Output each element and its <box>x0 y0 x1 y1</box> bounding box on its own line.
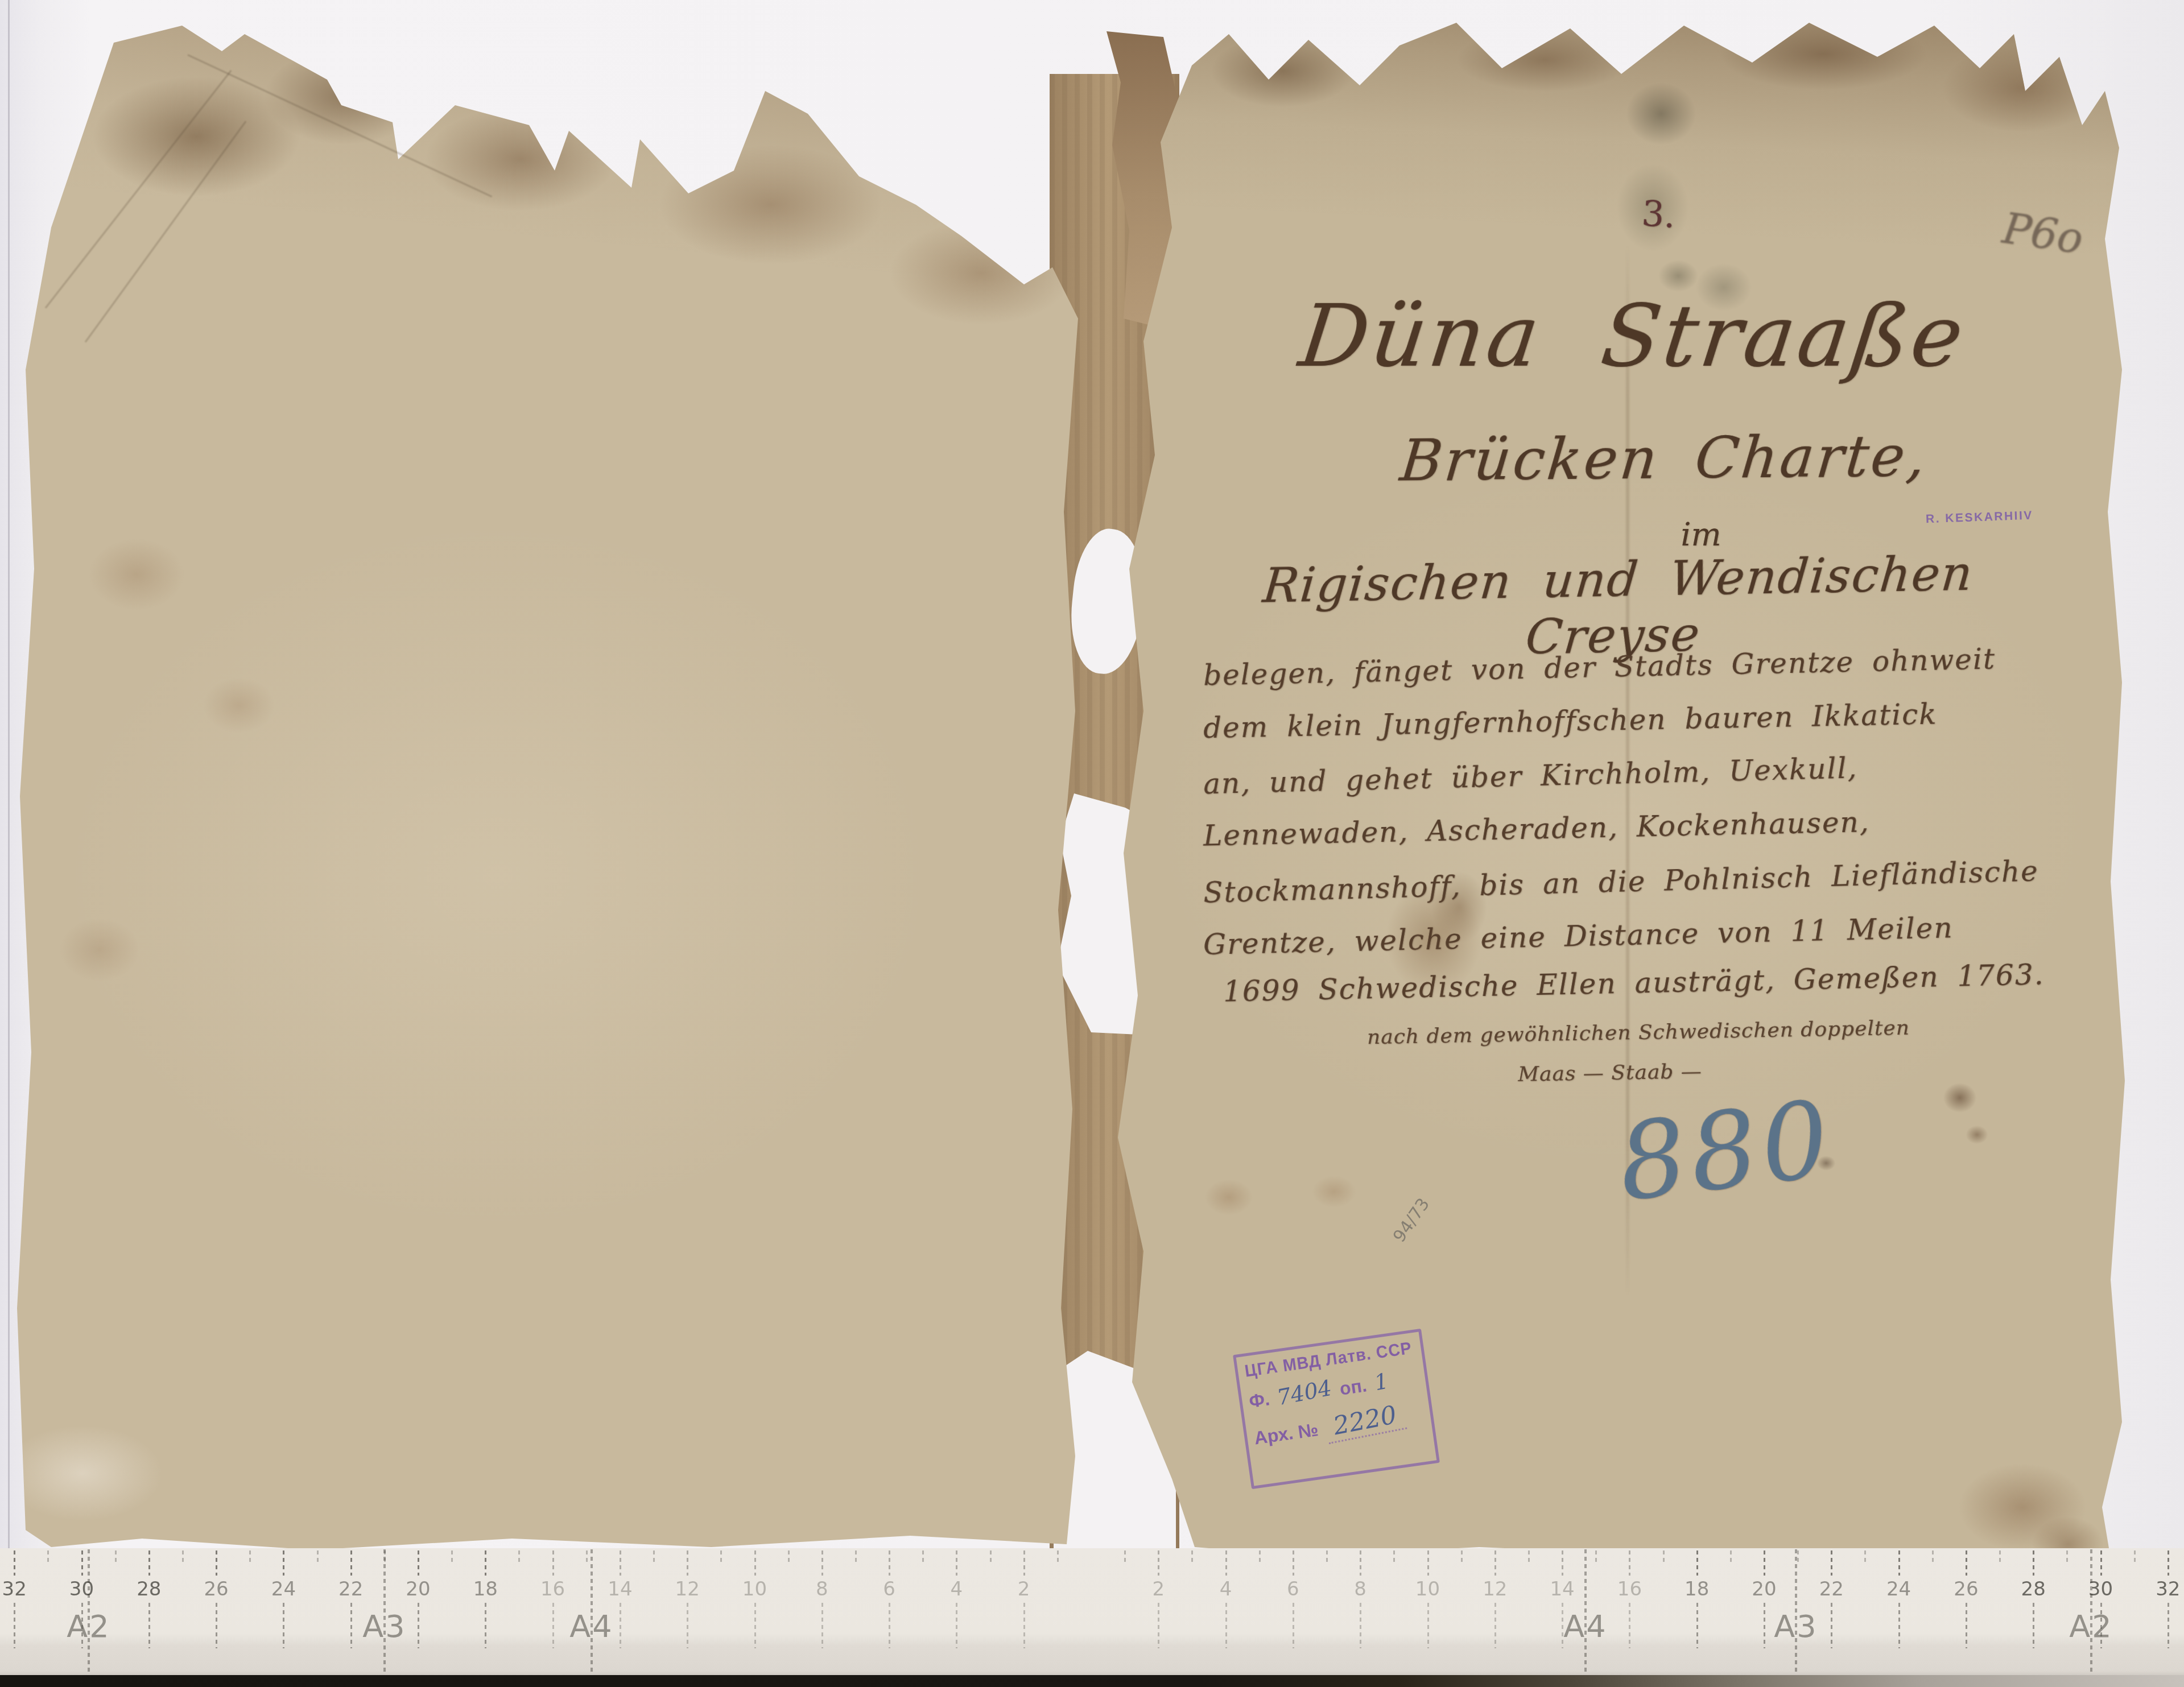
opis-value: 1 <box>1372 1368 1390 1396</box>
ruler-minor-tick <box>47 1550 49 1565</box>
ruler-tick <box>1427 1550 1429 1576</box>
ruler-minor-tick <box>1461 1550 1463 1565</box>
page-number: 3. <box>1641 192 1677 236</box>
ruler-tick <box>350 1550 352 1576</box>
ruler-minor-tick <box>2134 1550 2136 1565</box>
ruler-number: 28 <box>2016 1578 2050 1601</box>
ruler-number: 32 <box>0 1578 31 1601</box>
ruler-minor-tick <box>1057 1550 1059 1565</box>
title-line-2: Brücken Charte, <box>1305 423 2023 495</box>
ruler-minor-tick <box>1663 1550 1665 1565</box>
ruler-tick <box>821 1603 823 1648</box>
ruler-tick <box>754 1550 756 1576</box>
arh-label: Арх. № <box>1253 1419 1320 1449</box>
ruler-minor-tick <box>249 1550 251 1565</box>
ruler-tick <box>148 1550 150 1576</box>
opis-label: оп. <box>1339 1375 1368 1399</box>
ruler-tick <box>1696 1550 1698 1576</box>
ruler-tick <box>889 1550 890 1576</box>
ruler-tick <box>1225 1603 1227 1648</box>
ruler-tick <box>81 1550 83 1576</box>
ruler-tick <box>956 1550 957 1576</box>
ruler-minor-tick <box>1326 1550 1328 1565</box>
ruler-number: 18 <box>468 1578 502 1601</box>
ruler-number: 32 <box>2151 1578 2184 1601</box>
ruler-tick <box>14 1603 15 1648</box>
ruler-tick <box>1494 1550 1496 1576</box>
arh-value: 2220 <box>1323 1399 1407 1444</box>
ruler-minor-tick <box>1797 1550 1799 1565</box>
ruler-minor-tick <box>115 1550 117 1565</box>
ruler-tick <box>485 1603 486 1648</box>
scanner-edge-line <box>8 0 10 1687</box>
left-page-blank <box>14 23 1081 1556</box>
ruler-tick <box>1494 1603 1496 1648</box>
ruler-tick <box>148 1603 150 1648</box>
ruler-tick <box>485 1550 486 1576</box>
ruler-number: 4 <box>1209 1578 1243 1601</box>
ruler-minor-tick <box>720 1550 722 1565</box>
ruler-number: 2 <box>1007 1578 1041 1601</box>
ruler-minor-tick <box>451 1550 453 1565</box>
blue-pencil-number: 880 <box>1612 1077 1840 1225</box>
ruler-number: 12 <box>670 1578 704 1601</box>
ruler-number: 16 <box>536 1578 570 1601</box>
ruler-tick <box>1696 1603 1698 1648</box>
ruler-minor-tick <box>653 1550 655 1565</box>
ruler-number: 20 <box>1747 1578 1781 1601</box>
ruler-minor-tick <box>1730 1550 1732 1565</box>
ruler-minor-tick <box>518 1550 520 1565</box>
ruler-minor-tick <box>1124 1550 1126 1565</box>
ruler-tick <box>1023 1550 1025 1576</box>
ruler-number: 10 <box>738 1578 772 1601</box>
ruler-minor-tick <box>1595 1550 1597 1565</box>
ruler-tick <box>821 1550 823 1576</box>
ruler-tick <box>1562 1550 1563 1576</box>
ruler-tick <box>1360 1603 1361 1648</box>
ruler-tick <box>620 1550 621 1576</box>
ruler-tick <box>956 1603 957 1648</box>
fond-value: 7404 <box>1275 1375 1333 1411</box>
ruler-tick <box>1898 1550 1900 1576</box>
ruler-number: 28 <box>132 1578 166 1601</box>
ruler-tick <box>2033 1603 2034 1648</box>
ruler-minor-tick <box>2066 1550 2068 1565</box>
fond-label: Ф. <box>1248 1388 1271 1412</box>
ruler-number: 4 <box>939 1578 973 1601</box>
ruler-minor-tick <box>922 1550 924 1565</box>
ruler-tick <box>1427 1603 1429 1648</box>
document-scan: 3. P6o Düna Straaße Brücken Charte, im R… <box>0 0 2184 1687</box>
ruler-minor-tick <box>1932 1550 1934 1565</box>
ruler-tick <box>754 1603 756 1648</box>
ruler-minor-tick <box>182 1550 184 1565</box>
ruler-number: 30 <box>65 1578 99 1601</box>
ruler-tick <box>552 1603 554 1648</box>
ruler-number: 24 <box>1882 1578 1916 1601</box>
ruler-tick <box>283 1603 284 1648</box>
ruler-tick <box>216 1550 217 1576</box>
ruler-number: 14 <box>603 1578 637 1601</box>
ruler-number: 26 <box>1949 1578 1983 1601</box>
ruler-tick <box>2033 1550 2034 1576</box>
ruler-tick <box>1764 1550 1765 1576</box>
ruler-tick <box>1158 1603 1159 1648</box>
ruler-tick <box>1966 1550 1967 1576</box>
ruler-tick <box>1898 1603 1900 1648</box>
ruler-minor-tick <box>1528 1550 1530 1565</box>
ruler-tick <box>687 1550 688 1576</box>
fold-mark-line <box>1584 1549 1587 1673</box>
ruler-number: 12 <box>1478 1578 1512 1601</box>
ruler-number: 20 <box>401 1578 435 1601</box>
ruler-tick <box>1023 1603 1025 1648</box>
ruler-number: 8 <box>1343 1578 1377 1601</box>
ruler-tick <box>1966 1603 1967 1648</box>
title-line-1: Düna Straaße <box>1228 287 2037 386</box>
ruler-tick <box>1293 1550 1294 1576</box>
ruler-minor-tick <box>1999 1550 2001 1565</box>
ruler-tick <box>283 1550 284 1576</box>
ruler-minor-tick <box>1864 1550 1866 1565</box>
ruler-minor-tick <box>788 1550 790 1565</box>
ruler-number: 22 <box>334 1578 368 1601</box>
ruler-minor-tick <box>1259 1550 1261 1565</box>
subtitle-im: im <box>1638 516 1764 553</box>
ruler-tick <box>1629 1550 1630 1576</box>
fold-mark-line <box>383 1549 386 1673</box>
ruler-tick <box>2100 1550 2102 1576</box>
ruler-number: 14 <box>1545 1578 1579 1601</box>
ruler-tick <box>2168 1603 2169 1648</box>
ruler-minor-tick <box>586 1550 588 1565</box>
ruler-number: 26 <box>199 1578 233 1601</box>
ruler-tick <box>2168 1550 2169 1576</box>
ruler-minor-tick <box>317 1550 319 1565</box>
ruler-tick <box>687 1603 688 1648</box>
ruler-number: 6 <box>872 1578 906 1601</box>
fold-mark-line <box>2090 1549 2092 1673</box>
ruler-tick <box>216 1603 217 1648</box>
ruler-minor-tick <box>1393 1550 1395 1565</box>
ruler-tick <box>1158 1550 1159 1576</box>
ruler-number: 24 <box>266 1578 300 1601</box>
ruler-tick <box>1360 1550 1361 1576</box>
ruler-number: 22 <box>1814 1578 1848 1601</box>
ruler-number: 18 <box>1680 1578 1714 1601</box>
ruler: 3230282624222018161412108642246810121416… <box>0 1548 2184 1687</box>
ruler-minor-tick <box>990 1550 992 1565</box>
ruler-number: 2 <box>1141 1578 1175 1601</box>
ruler-minor-tick <box>1191 1550 1193 1565</box>
fold-mark-line <box>591 1549 593 1673</box>
ruler-number: 10 <box>1411 1578 1445 1601</box>
ruler-number: 30 <box>2084 1578 2118 1601</box>
archive-stamp: ЦГА МВД Латв. ССР Ф. 7404 оп. 1 Арх. № 2… <box>1233 1329 1440 1489</box>
ruler-tick <box>889 1603 890 1648</box>
ruler-tick <box>1225 1550 1227 1576</box>
fold-mark-line <box>1795 1549 1797 1673</box>
ruler-tick <box>1831 1550 1832 1576</box>
ruler-tick <box>14 1550 15 1576</box>
fold-mark-line <box>88 1549 90 1673</box>
ruler-number: 16 <box>1612 1578 1646 1601</box>
ruler-tick <box>1629 1603 1630 1648</box>
ruler-black-strip <box>0 1675 2184 1687</box>
ruler-number: 8 <box>805 1578 839 1601</box>
ruler-tick <box>418 1550 419 1576</box>
ruler-tick <box>552 1550 554 1576</box>
ruler-minor-tick <box>855 1550 857 1565</box>
ruler-tick <box>1293 1603 1294 1648</box>
ruler-number: 6 <box>1276 1578 1310 1601</box>
